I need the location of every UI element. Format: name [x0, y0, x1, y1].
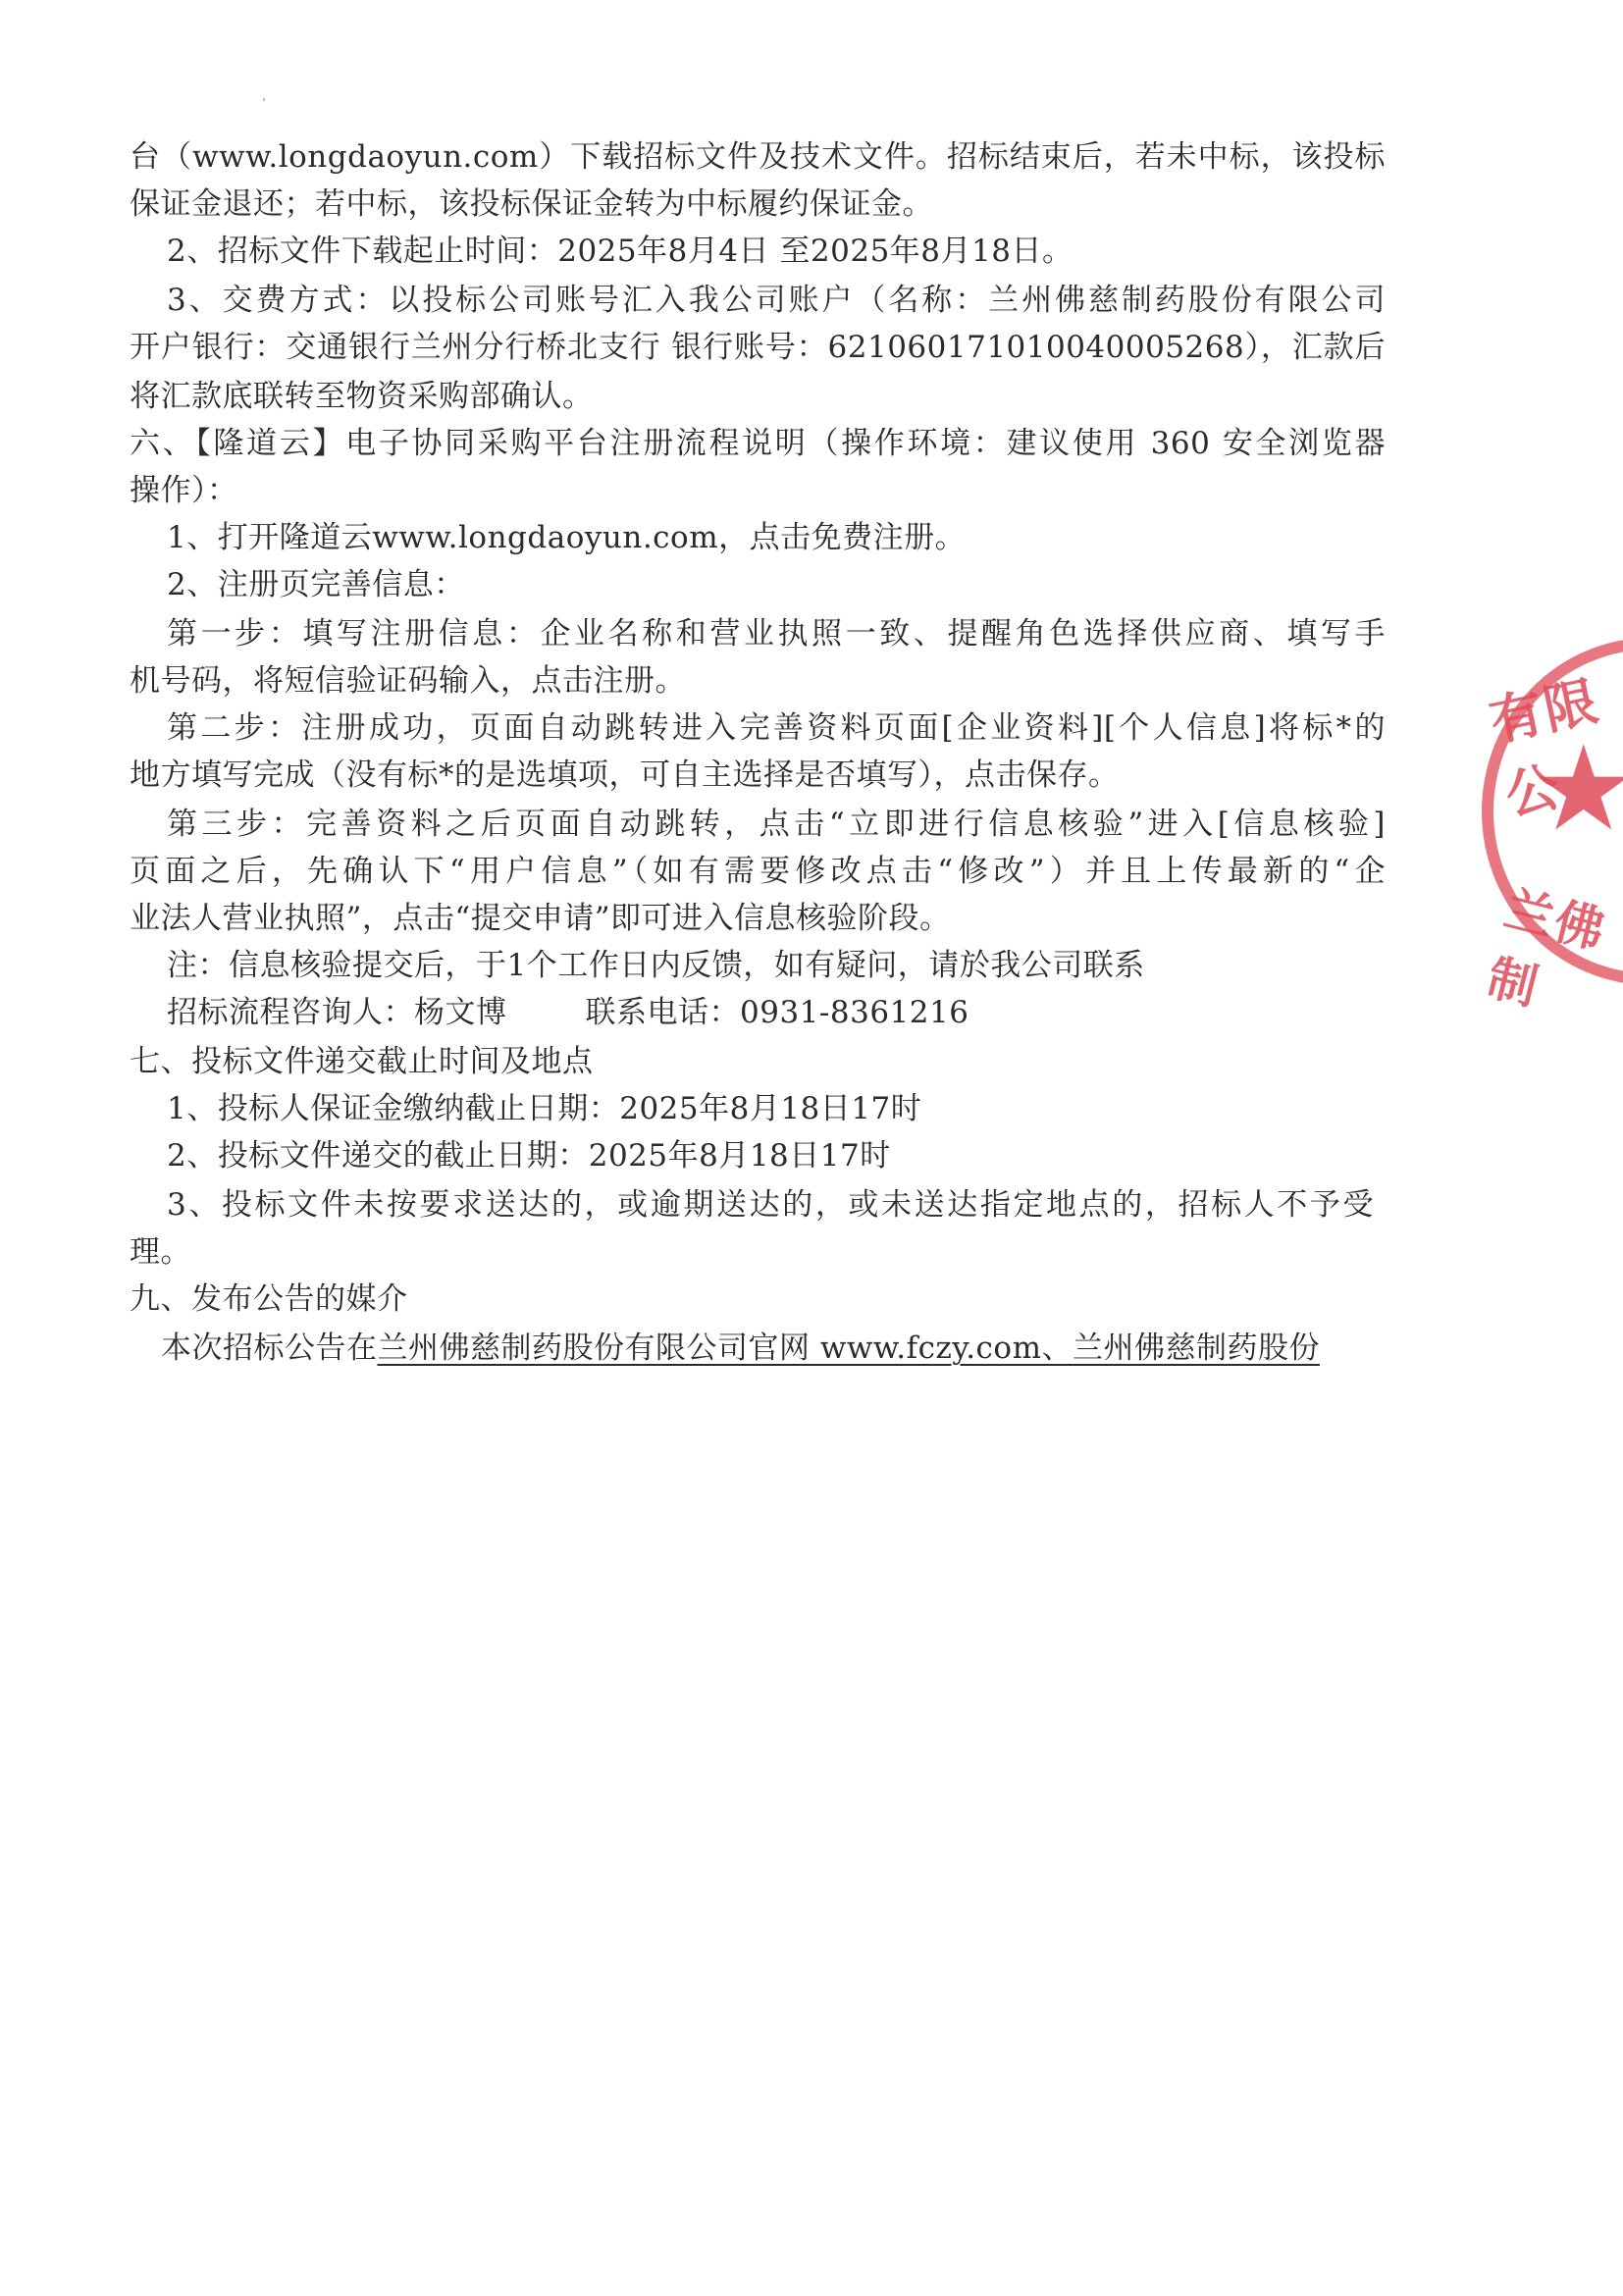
official-site-link[interactable]: 兰州佛慈制药股份有限公司官网 www.fczy.com、兰州佛慈制药股份 — [378, 1331, 1320, 1366]
consultant-label: 招标流程咨询人：杨文博 — [167, 995, 507, 1030]
late-submission-rule: 3、投标文件未按要求送达的，或逾期送达的，或未送达指定地点的，招标人不予受 — [167, 1185, 1374, 1225]
media-prefix: 本次招标公告在 — [161, 1331, 378, 1366]
note-verification: 注：信息核验提交后，于1个工作日内反馈，如有疑问，请於我公司联系 — [167, 946, 1145, 985]
payment-method: 3、交费方式：以投标公司账号汇入我公司账户（名称：兰州佛慈制药股份有限公司 — [167, 281, 1386, 320]
section-seven-heading: 七、投标文件递交截止时间及地点 — [130, 1042, 594, 1081]
para-line-2: 保证金退还；若中标，该投标保证金转为中标履约保证金。 — [130, 184, 933, 224]
contact-line: 招标流程咨询人：杨文博联系电话：0931-8361216 — [167, 993, 969, 1032]
deposit-deadline: 1、投标人保证金缴纳截止日期：2025年8月18日17时 — [167, 1089, 921, 1128]
submission-deadline: 2、投标文件递交的截止日期：2025年8月18日17时 — [167, 1136, 891, 1175]
media-line: 本次招标公告在兰州佛慈制药股份有限公司官网 www.fczy.com、兰州佛慈制… — [161, 1329, 1320, 1368]
scan-speck — [263, 98, 265, 101]
step-one-cont: 机号码，将短信验证码输入，点击注册。 — [130, 661, 686, 701]
step-two-cont: 地方填写完成（没有标*的是选填项，可自主选择是否填写），点击保存。 — [130, 756, 1120, 795]
late-submission-rule-cont: 理。 — [130, 1232, 191, 1272]
section-six-heading: 六、【隆道云】电子协同采购平台注册流程说明（操作环境：建议使用 360 安全浏览… — [130, 424, 1386, 463]
step-one: 第一步：填写注册信息：企业名称和营业执照一致、提醒角色选择供应商、填写手 — [167, 614, 1386, 653]
section-six-heading-cont: 操作）： — [130, 471, 238, 510]
bank-info: 开户银行：交通银行兰州分行桥北支行 银行账号：62106017101004000… — [130, 328, 1386, 367]
step-complete-info: 2、注册页完善信息： — [167, 565, 465, 604]
document-page: 台（www.longdaoyun.com）下载招标文件及技术文件。招标结束后，若… — [0, 0, 1623, 2296]
step-three-cont-2: 业法人营业执照”，点击“提交申请”即可进入信息核验阶段。 — [130, 899, 951, 938]
para-line-1: 台（www.longdaoyun.com）下载招标文件及技术文件。招标结束后，若… — [130, 137, 1386, 177]
step-three-cont-1: 页面之后，先确认下“用户信息”（如有需要修改点击“修改”）并且上传最新的“企 — [130, 852, 1386, 891]
confirm-remittance: 将汇款底联转至物资采购部确认。 — [130, 377, 594, 416]
step-three: 第三步：完善资料之后页面自动跳转，点击“立即进行信息核验”进入[信息核验] — [167, 805, 1386, 844]
step-open-site: 1、打开隆道云www.longdaoyun.com，点击免费注册。 — [167, 518, 966, 557]
phone-label: 联系电话：0931-8361216 — [586, 995, 969, 1030]
download-period: 2、招标文件下载起止时间：2025年8月4日 至2025年8月18日。 — [167, 232, 1073, 271]
seal-star-icon: ★ — [1531, 731, 1623, 849]
step-two: 第二步：注册成功，页面自动跳转进入完善资料页面[企业资料][个人信息]将标*的 — [167, 708, 1386, 748]
section-nine-heading: 九、发布公告的媒介 — [130, 1279, 408, 1319]
